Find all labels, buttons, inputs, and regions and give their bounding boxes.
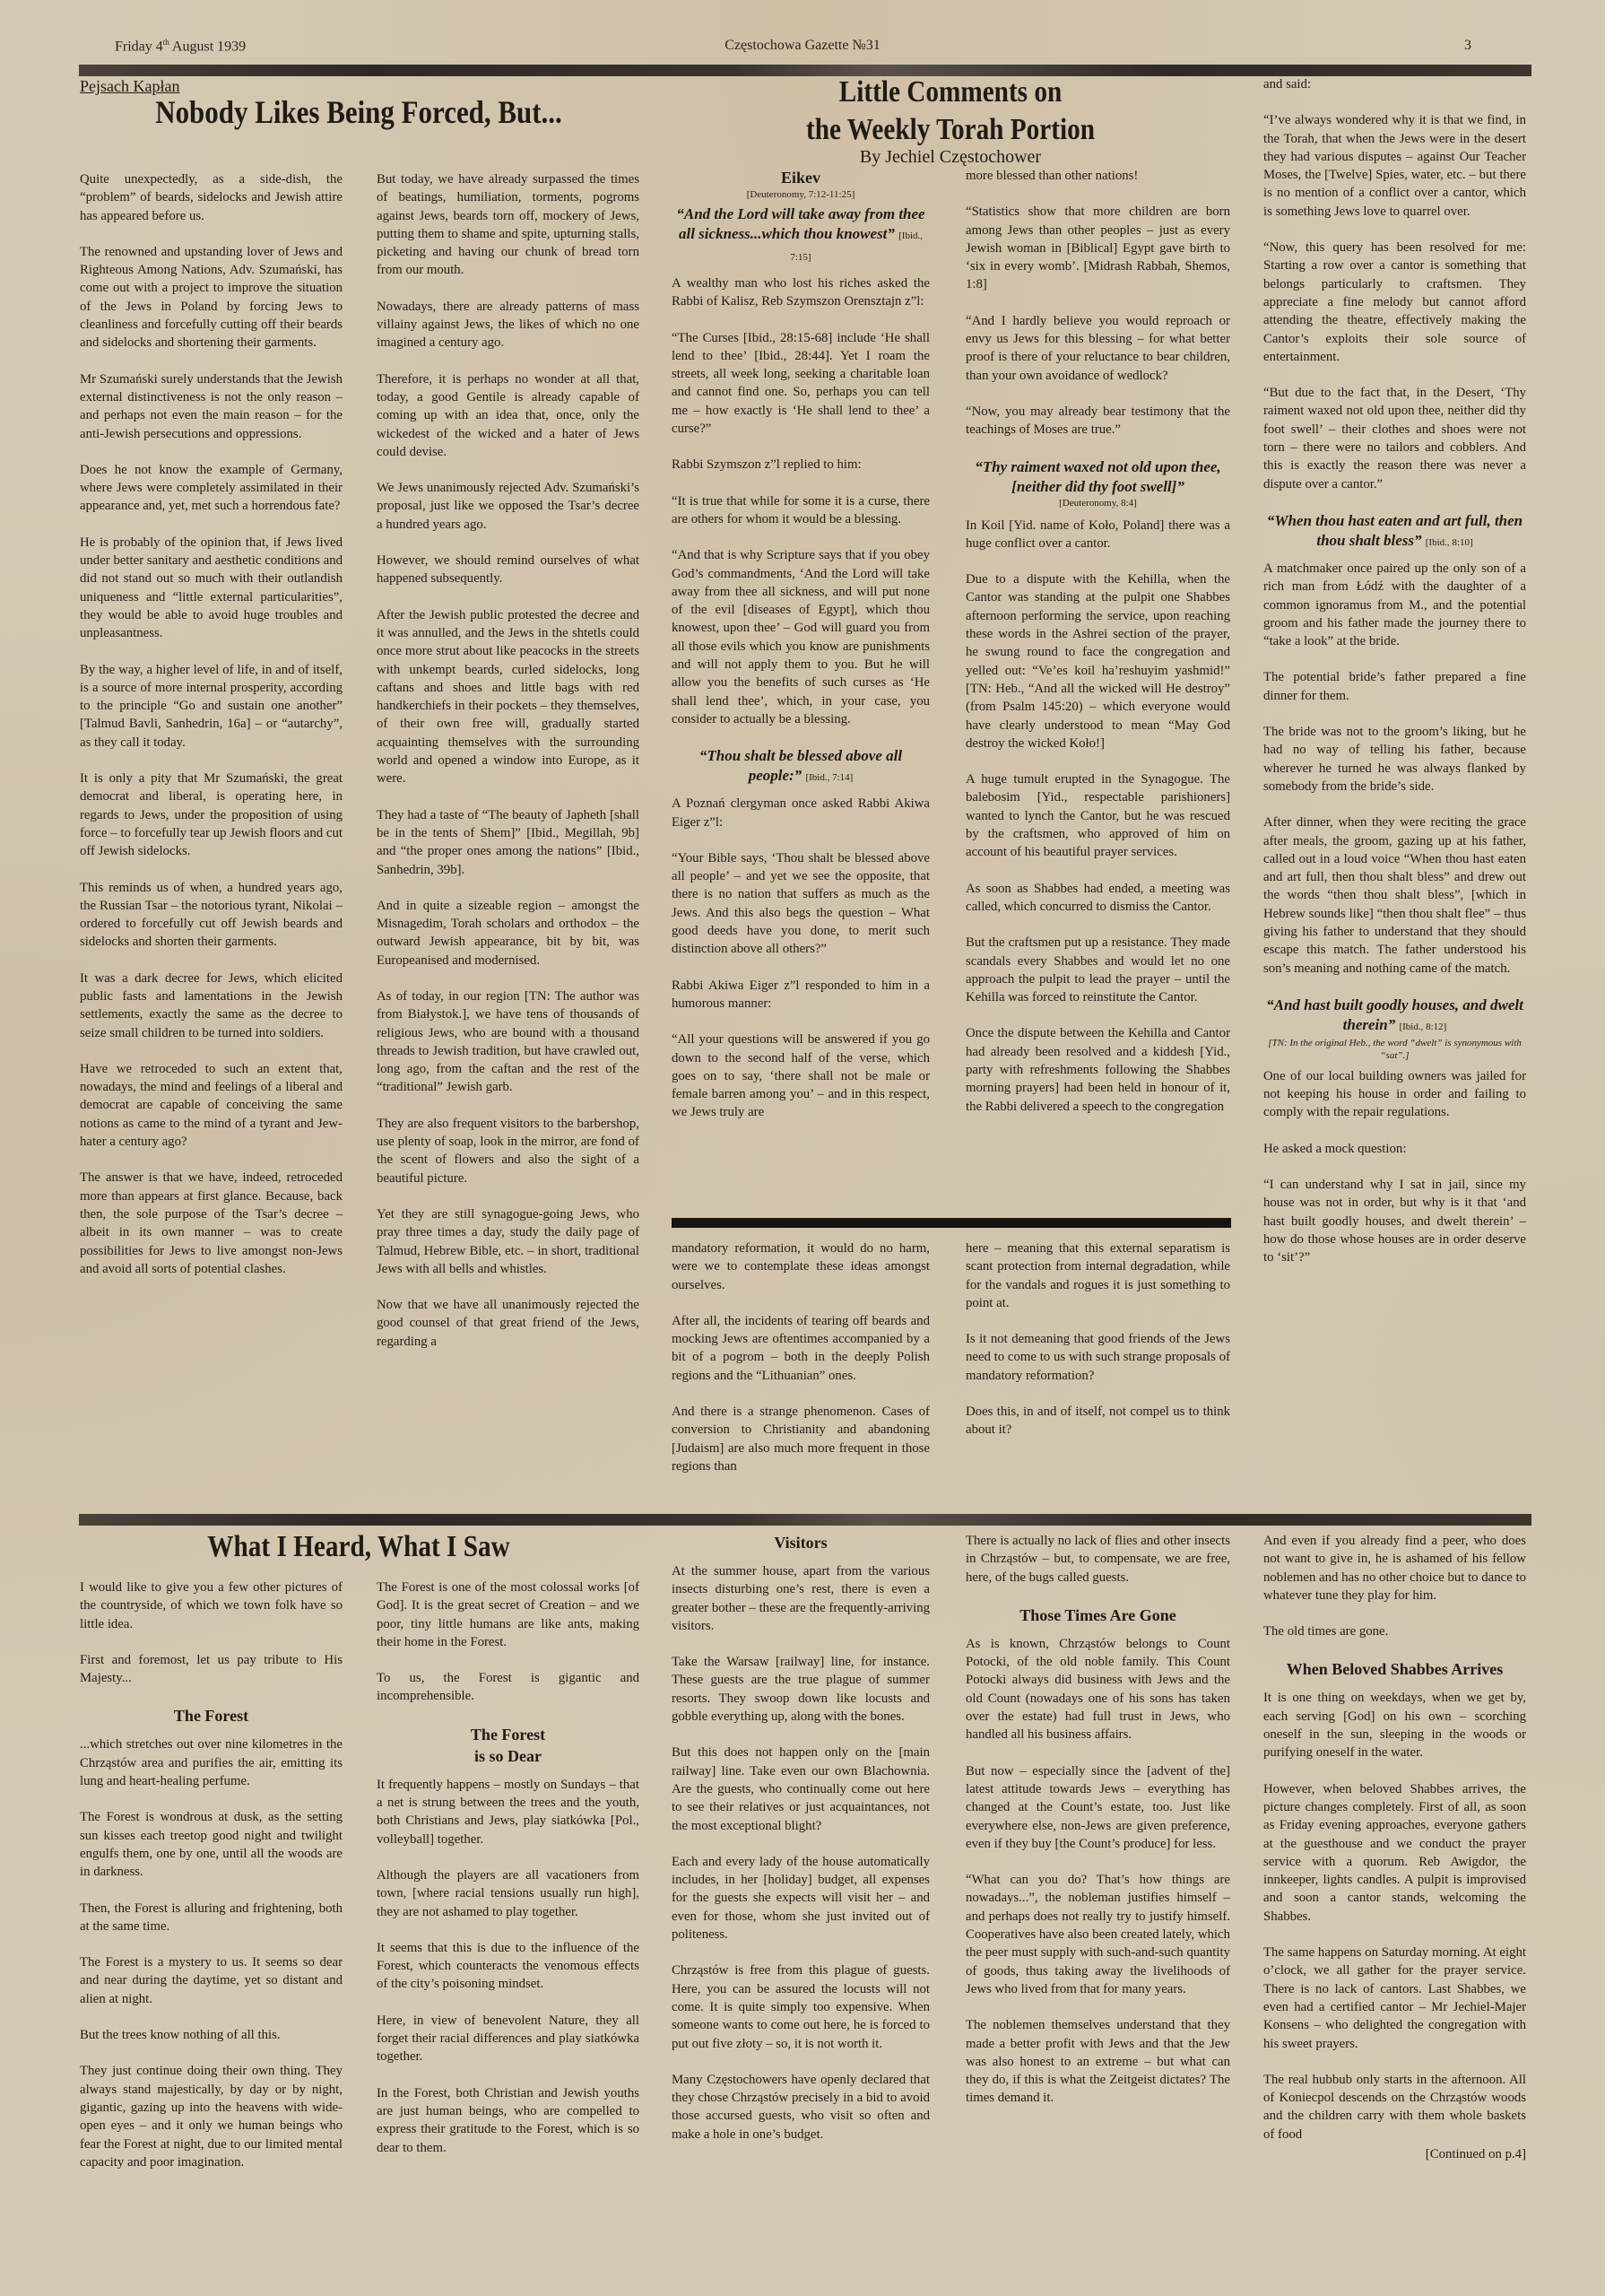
subheading-forest-dear: The Forest is so Dear [377, 1724, 639, 1767]
subheading-forest: The Forest [80, 1705, 343, 1726]
paragraph: I would like to give you a few other pic… [80, 1578, 343, 1633]
subheading-line2: is so Dear [377, 1745, 639, 1767]
paragraph: “And I hardly believe you would reproach… [966, 312, 1230, 385]
verse-heading: “Thy raiment waxed not old upon thee, [n… [966, 457, 1230, 509]
verse-text: “When thou hast eaten and art full, then… [1267, 512, 1523, 549]
verse-ref: [Ibid., 8:10] [1426, 537, 1473, 548]
paragraph: Take the Warsaw [railway] line, for inst… [672, 1653, 930, 1726]
verse-ref: [Ibid., 8:12] [1399, 1022, 1446, 1032]
paragraph: They just continue doing their own thing… [80, 2062, 343, 2171]
paragraph: ...which stretches out over nine kilomet… [80, 1735, 343, 1790]
paragraph: Chrząstów is free from this plague of gu… [672, 1961, 930, 2052]
paragraph: The bride was not to the groom’s liking,… [1263, 723, 1526, 796]
verse-text: “And hast built goodly houses, and dwelt… [1266, 996, 1523, 1033]
torah-divider [672, 1218, 1231, 1228]
paragraph: “But due to the fact that, in the Desert… [1263, 384, 1526, 493]
paragraph: Although the players are all vacationers… [377, 1866, 639, 1921]
verse-ref: [Deuteronomy, 8:4] [966, 497, 1230, 509]
verse-text: “Thy raiment waxed not old upon thee, [n… [975, 458, 1220, 495]
paragraph: Is it not demeaning that good friends of… [966, 1330, 1230, 1385]
paragraph: Now that we have all unanimously rejecte… [377, 1296, 639, 1351]
paragraph: Due to a dispute with the Kehilla, when … [966, 570, 1230, 752]
paragraph: Therefore, it is perhaps no wonder at al… [377, 370, 639, 461]
paragraph: This reminds us of when, a hundred years… [80, 879, 343, 952]
paragraph: A wealthy man who lost his riches asked … [672, 274, 930, 311]
paragraph: The answer is that we have, indeed, retr… [80, 1169, 343, 1278]
verse-heading: “And hast built goodly houses, and dwelt… [1263, 996, 1526, 1037]
article3-column-5: And even if you already find a peer, who… [1263, 1532, 1526, 2163]
paragraph: The Forest is wondrous at dusk, as the s… [80, 1808, 343, 1881]
paragraph: They had a taste of “The beauty of Japhe… [377, 806, 639, 879]
paragraph: mandatory reformation, it would do no ha… [672, 1239, 930, 1294]
paragraph: It frequently happens – mostly on Sunday… [377, 1776, 639, 1848]
paragraph: We Jews unanimously rejected Adv. Szumań… [377, 479, 639, 534]
paragraph: The old times are gone. [1263, 1622, 1526, 1640]
paragraph: But the trees know nothing of all this. [80, 2026, 343, 2044]
paragraph: The renowned and upstanding lover of Jew… [80, 243, 343, 352]
paragraph: It is only a pity that Mr Szumański, the… [80, 770, 343, 860]
section-headline: What I Heard, What I Saw [119, 1530, 597, 1564]
paragraph: Rabbi Szymszon z”l replied to him: [672, 456, 930, 474]
paragraph: Many Częstochowers have openly declared … [672, 2071, 930, 2144]
paragraph: But now – especially since the [advent o… [966, 1762, 1230, 1853]
article3-column-2: The Forest is one of the most colossal w… [377, 1578, 639, 2175]
paragraph: He asked a mock question: [1263, 1140, 1526, 1158]
article1-column-3: mandatory reformation, it would do no ha… [672, 1239, 930, 1493]
paragraph: “I’ve always wondered why it is that we … [1263, 111, 1526, 221]
portion-name: Eikev [672, 167, 930, 188]
paragraph: A huge tumult erupted in the Synagogue. … [966, 770, 1230, 861]
paragraph: “And that is why Scripture says that if … [672, 546, 930, 728]
paragraph: Have we retroceded to such an extent tha… [80, 1060, 343, 1151]
middle-divider [79, 1514, 1531, 1526]
paragraph: As soon as Shabbes had ended, a meeting … [966, 880, 1230, 917]
paragraph: After the Jewish public protested the de… [377, 606, 639, 788]
torah-byline: By Jechiel Częstochower [668, 147, 1233, 168]
translator-note: [TN: In the original Heb., the word “dwe… [1263, 1037, 1526, 1062]
paragraph: “Statistics show that more children are … [966, 203, 1230, 293]
paragraph: However, when beloved Shabbes arrives, t… [1263, 1780, 1526, 1926]
torah-column-2: more blessed than other nations!“Statist… [966, 167, 1230, 1134]
page-number: 3 [1464, 38, 1471, 54]
paragraph: Each and every lady of the house automat… [672, 1853, 930, 1944]
newspaper-page: Friday 4th August 1939 Częstochowa Gazet… [0, 0, 1605, 2296]
publication-title: Częstochowa Gazette №31 [0, 38, 1605, 54]
paragraph: As of today, in our region [TN: The auth… [377, 987, 639, 1097]
paragraph: here – meaning that this external separa… [966, 1239, 1230, 1312]
paragraph: Does this, in and of itself, not compel … [966, 1403, 1230, 1439]
torah-headline-line2: the Weekly Torah Portion [707, 111, 1193, 149]
paragraph: However, we should remind ourselves of w… [377, 552, 639, 588]
paragraph: “What can you do? That’s how things are … [966, 1871, 1230, 1998]
paragraph: Once the dispute between the Kehilla and… [966, 1024, 1230, 1115]
torah-column-1: Eikev [Deuteronomy, 7:12-11:25] “And the… [672, 167, 930, 1140]
paragraph: Nowadays, there are already patterns of … [377, 298, 639, 352]
portion-reference: [Deuteronomy, 7:12-11:25] [672, 188, 930, 201]
article1-column-4: here – meaning that this external separa… [966, 1239, 1230, 1457]
subheading-shabbes: When Beloved Shabbes Arrives [1263, 1658, 1526, 1680]
paragraph: and said: [1263, 75, 1526, 93]
paragraph: It was a dark decree for Jews, which eli… [80, 970, 343, 1042]
article3-column-4: There is actually no lack of flies and o… [966, 1532, 1230, 2126]
paragraph: But the craftsmen put up a resistance. T… [966, 934, 1230, 1006]
torah-column-3: and said:“I’ve always wondered why it is… [1263, 75, 1526, 1285]
verse-text: “Thou shalt be blessed above all people:… [699, 747, 902, 784]
paragraph: “Now, you may already bear testimony tha… [966, 403, 1230, 439]
paragraph: “The Curses [Ibid., 28:15-68] include ‘H… [672, 329, 930, 439]
paragraph: Then, the Forest is alluring and frighte… [80, 1900, 343, 1936]
verse-heading: “Thou shalt be blessed above all people:… [672, 746, 930, 787]
torah-headline-line1: Little Comments on [707, 74, 1193, 111]
paragraph: It is one thing on weekdays, when we get… [1263, 1689, 1526, 1761]
paragraph: And even if you already find a peer, who… [1263, 1532, 1526, 1605]
paragraph: A matchmaker once paired up the only son… [1263, 560, 1526, 650]
paragraph: The potential bride’s father prepared a … [1263, 668, 1526, 705]
paragraph: One of our local building owners was jai… [1263, 1067, 1526, 1122]
paragraph: By the way, a higher level of life, in a… [80, 661, 343, 752]
paragraph: A Poznań clergyman once asked Rabbi Akiw… [672, 795, 930, 831]
paragraph: After dinner, when they were reciting th… [1263, 813, 1526, 978]
article-headline: Nobody Likes Being Forced, But... [119, 93, 597, 131]
paragraph: But this does not happen only on the [ma… [672, 1744, 930, 1834]
paragraph: In Koil [Yid. name of Koło, Poland] ther… [966, 517, 1230, 553]
subheading-times-gone: Those Times Are Gone [966, 1605, 1230, 1626]
article1-column-2: But today, we have already surpassed the… [377, 170, 639, 1369]
article1-column-1: Quite unexpectedly, as a side-dish, the … [80, 170, 343, 1296]
paragraph: It seems that this is due to the influen… [377, 1939, 639, 1994]
paragraph: “I can understand why I sat in jail, sin… [1263, 1176, 1526, 1266]
verse-heading: “When thou hast eaten and art full, then… [1263, 511, 1526, 552]
paragraph: First and foremost, let us pay tribute t… [80, 1651, 343, 1688]
paragraph: In the Forest, both Christian and Jewish… [377, 2084, 639, 2157]
article3-column-1: I would like to give you a few other pic… [80, 1578, 343, 2189]
paragraph: “It is true that while for some it is a … [672, 492, 930, 529]
article3-column-3: Visitors At the summer house, apart from… [672, 1532, 930, 2161]
paragraph: He is probably of the opinion that, if J… [80, 534, 343, 643]
paragraph: Yet they are still synagogue-going Jews,… [377, 1205, 639, 1278]
paragraph: At the summer house, apart from the vari… [672, 1562, 930, 1635]
paragraph: They are also frequent visitors to the b… [377, 1115, 639, 1187]
paragraph: Does he not know the example of Germany,… [80, 461, 343, 516]
paragraph: The Forest is one of the most colossal w… [377, 1578, 639, 1651]
paragraph: And there is a strange phenomenon. Cases… [672, 1403, 930, 1475]
verse-ref: [Ibid., 7:14] [805, 772, 853, 783]
torah-headline: Little Comments on the Weekly Torah Port… [707, 74, 1193, 149]
paragraph: more blessed than other nations! [966, 167, 1230, 185]
subheading-visitors: Visitors [672, 1532, 930, 1553]
paragraph: The same happens on Saturday morning. At… [1263, 1944, 1526, 2053]
paragraph: After all, the incidents of tearing off … [672, 1312, 930, 1385]
paragraph: But today, we have already surpassed the… [377, 170, 639, 280]
verse-heading: “And the Lord will take away from thee a… [672, 204, 930, 267]
paragraph: “Your Bible says, ‘Thou shalt be blessed… [672, 849, 930, 959]
verse-text: “And the Lord will take away from thee a… [676, 205, 924, 242]
paragraph: Mr Szumański surely understands that the… [80, 370, 343, 443]
paragraph: To us, the Forest is gigantic and incomp… [377, 1669, 639, 1706]
paragraph: Rabbi Akiwa Eiger z”l responded to him i… [672, 977, 930, 1013]
paragraph: There is actually no lack of flies and o… [966, 1532, 1230, 1587]
paragraph: Here, in view of benevolent Nature, they… [377, 2012, 639, 2066]
paragraph: And in quite a sizeable region – amongst… [377, 897, 639, 970]
paragraph: As is known, Chrząstów belongs to Count … [966, 1635, 1230, 1744]
paragraph: “All your questions will be answered if … [672, 1031, 930, 1121]
paragraph: The real hubbub only starts in the after… [1263, 2071, 1526, 2144]
subheading-line1: The Forest [377, 1724, 639, 1745]
paragraph: The noblemen themselves understand that … [966, 2016, 1230, 2107]
paragraph: Quite unexpectedly, as a side-dish, the … [80, 170, 343, 225]
paragraph: The Forest is a mystery to us. It seems … [80, 1953, 343, 2008]
paragraph: “Now, this query has been resolved for m… [1263, 239, 1526, 366]
continued-notice: [Continued on p.4] [1263, 2145, 1526, 2163]
